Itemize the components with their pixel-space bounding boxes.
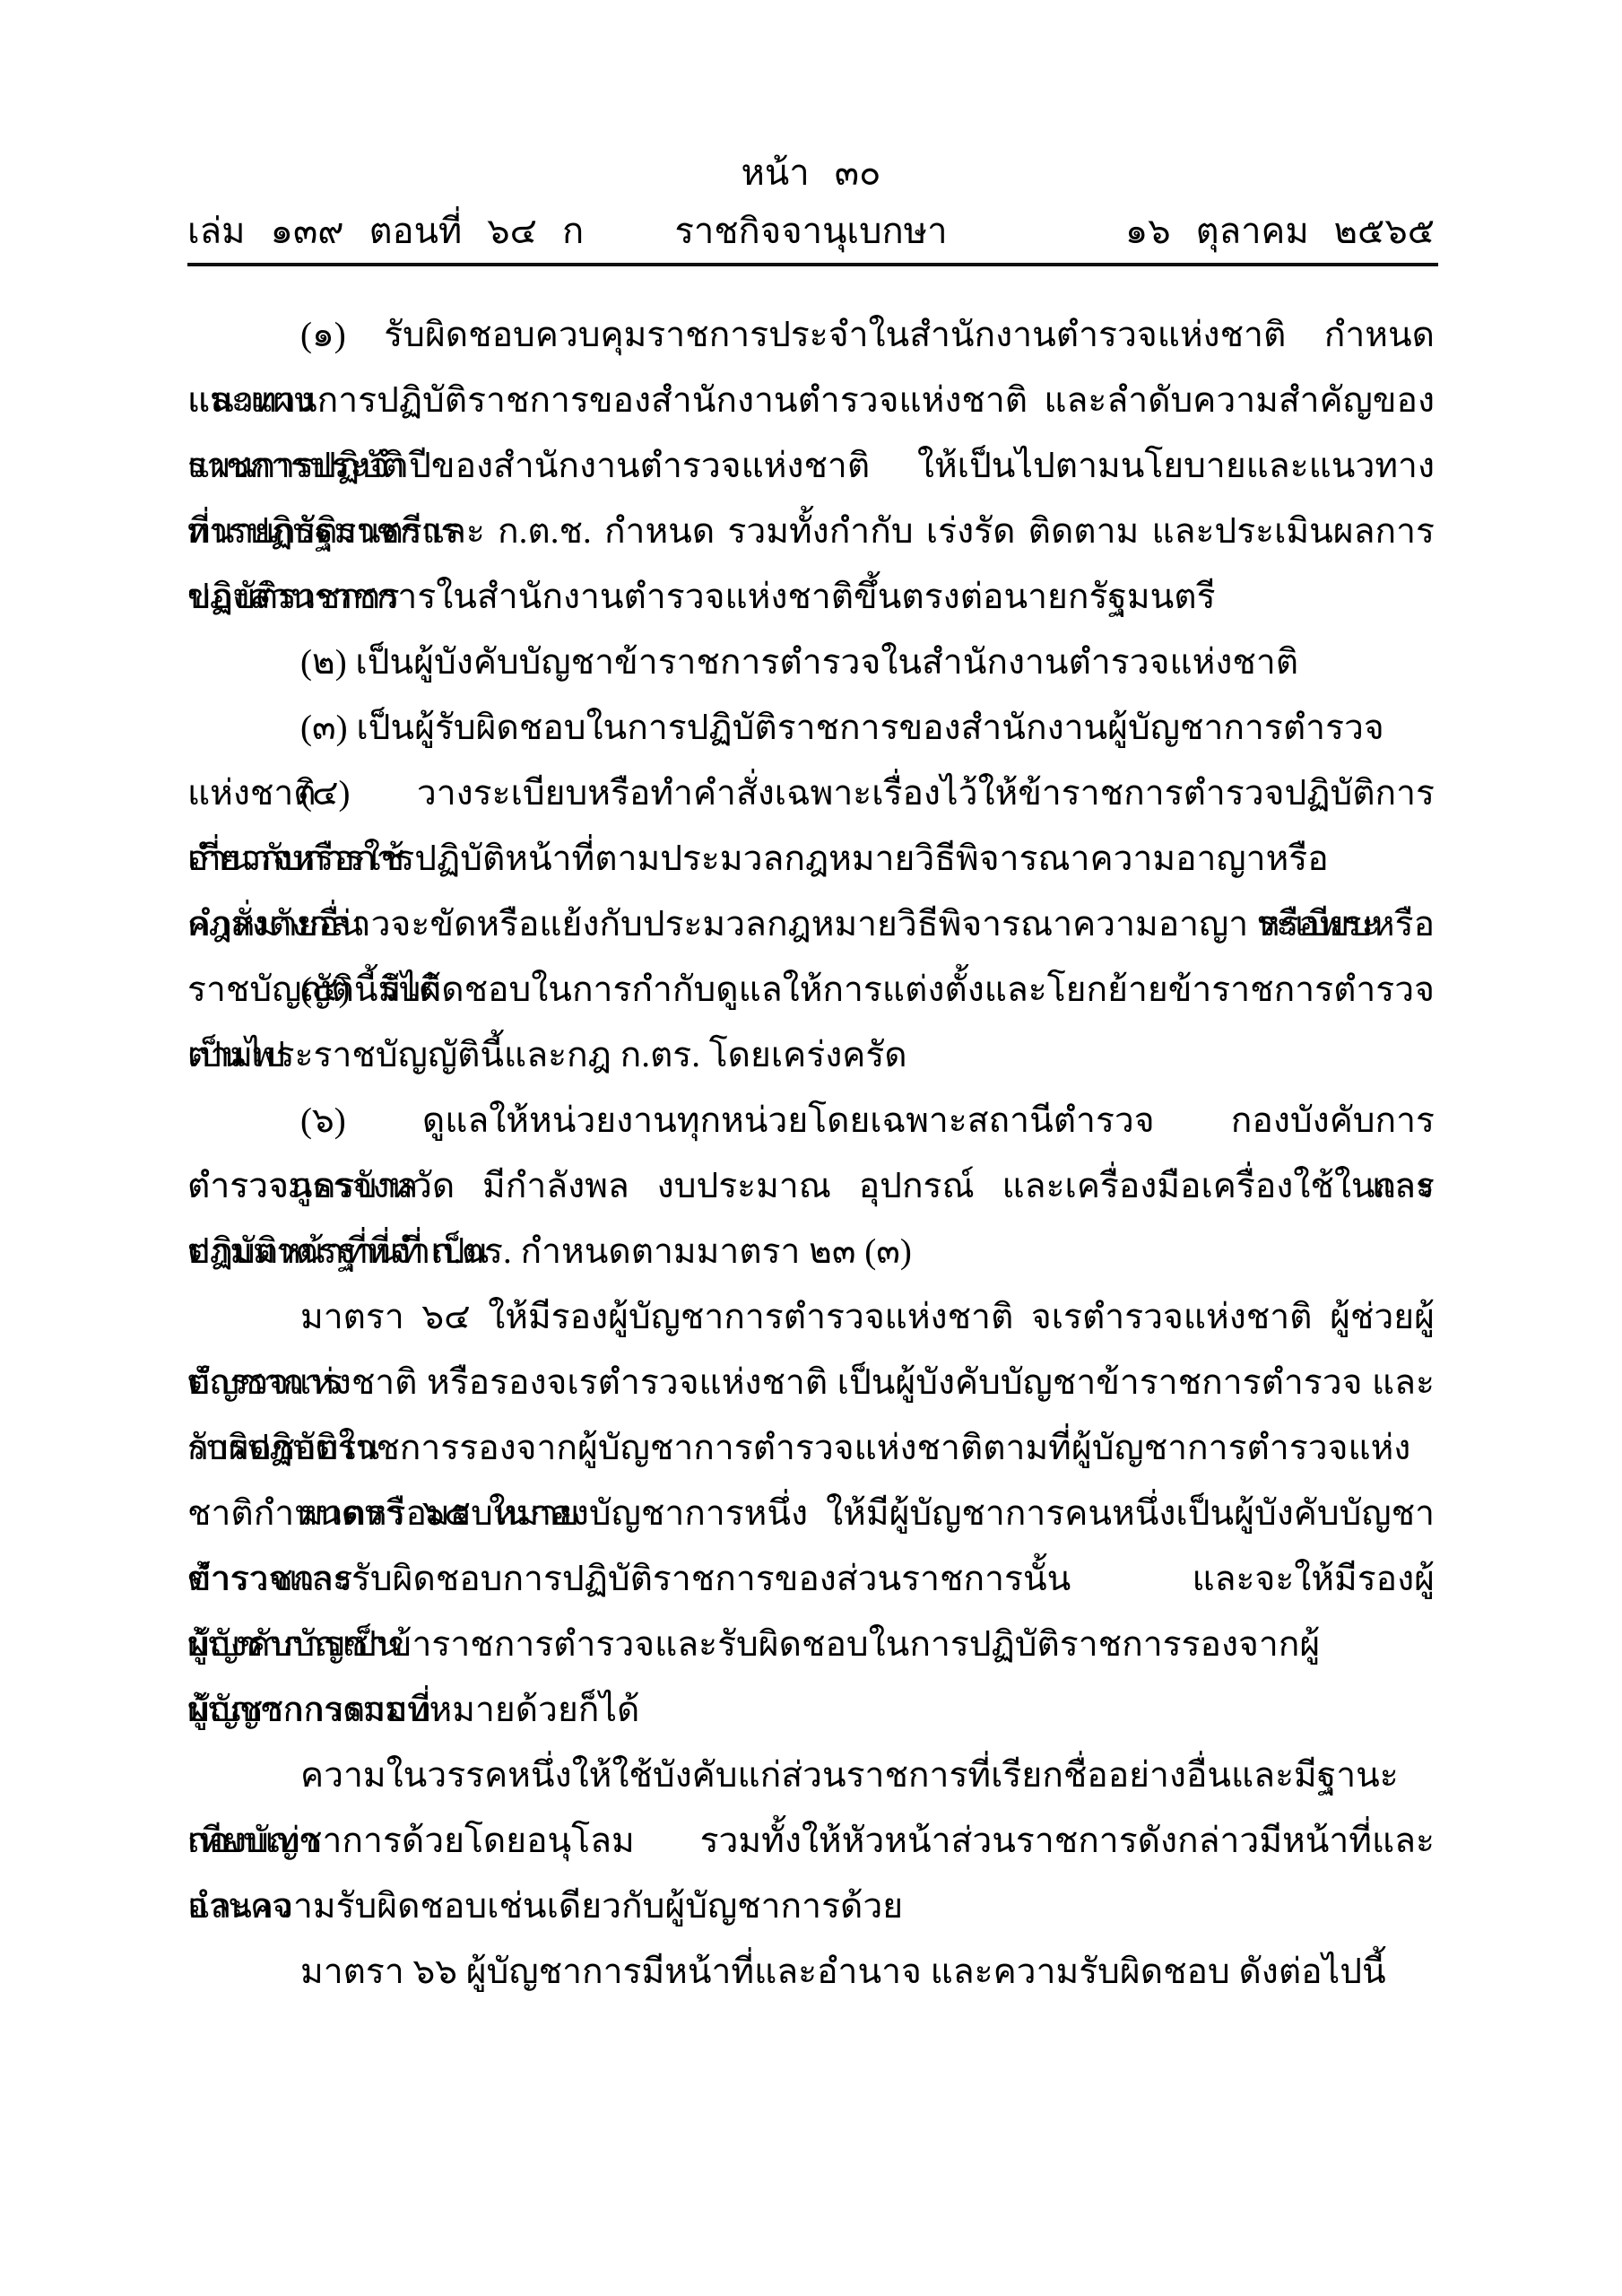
body-line: (๔) วางระเบียบหรือทำคำสั่งเฉพาะเรื่องไว้… — [187, 761, 1435, 826]
body-line: ของส่วนราชการในสำนักงานตำรวจแห่งชาติขึ้น… — [187, 564, 1435, 630]
body-line: ความในวรรคหนึ่งให้ใช้บังคับแก่ส่วนราชการ… — [187, 1743, 1435, 1808]
body-line: (๖) ดูแลให้หน่วยงานทุกหน่วยโดยเฉพาะสถานี… — [187, 1088, 1435, 1153]
body-line: อำนาจหรือการปฏิบัติหน้าที่ตามประมวลกฎหมา… — [187, 826, 1435, 891]
body-line: ตามมาตรฐานที่ ก.ตร. กำหนดตามมาตรา ๒๓ (๓) — [187, 1219, 1435, 1284]
body-line: (๕) รับผิดชอบในการกำกับดูแลให้การแต่งตั้… — [187, 957, 1435, 1022]
publication-date: ๑๖ ตุลาคม ๒๕๖๕ — [1125, 208, 1435, 255]
body-line: (๑) รับผิดชอบควบคุมราชการประจำในสำนักงาน… — [187, 302, 1435, 368]
body-line: ผู้บังคับบัญชาข้าราชการตำรวจและรับผิดชอบ… — [187, 1612, 1435, 1677]
body-line: มาตรา ๖๔ ให้มีรองผู้บัญชาการตำรวจแห่งชาต… — [187, 1284, 1435, 1350]
page-number-label: หน้า ๓๐ — [187, 151, 1435, 196]
body-text: (๑) รับผิดชอบควบคุมราชการประจำในสำนักงาน… — [187, 302, 1435, 2005]
body-line: (๓) เป็นผู้รับผิดชอบในการปฏิบัติราชการขอ… — [187, 695, 1435, 761]
body-line: มาตรา ๖๖ ผู้บัญชาการมีหน้าที่และอำนาจ แล… — [187, 1939, 1435, 2005]
body-line: ตามพระราชบัญญัตินี้และกฎ ก.ตร. โดยเคร่งค… — [187, 1022, 1435, 1088]
document-page: หน้า ๓๐ เล่ม ๑๓๙ ตอนที่ ๖๔ ก ราชกิจจานุเ… — [0, 0, 1622, 2296]
body-line: และแผนการปฏิบัติราชการของสำนักงานตำรวจแห… — [187, 368, 1435, 433]
body-line: ราชการประจำปีของสำนักงานตำรวจแห่งชาติ ให… — [187, 433, 1435, 499]
body-line: มาตรา ๖๕ ในกองบัญชาการหนึ่ง ให้มีผู้บัญช… — [187, 1481, 1435, 1546]
body-line: (๒) เป็นผู้บังคับบัญชาข้าราชการตำรวจในสำ… — [187, 630, 1435, 695]
header-rule — [187, 263, 1438, 266]
body-line: ตำรวจแห่งชาติ หรือรองจเรตำรวจแห่งชาติ เป… — [187, 1350, 1435, 1415]
body-line: ตำรวจและรับผิดชอบการปฏิบัติราชการของส่วน… — [187, 1546, 1435, 1612]
body-line: คำสั่งดังกล่าวจะขัดหรือแย้งกับประมวลกฎหม… — [187, 891, 1435, 957]
body-line: ผู้บัญชาการมอบหมายด้วยก็ได้ — [187, 1677, 1435, 1743]
body-line: กองบัญชาการด้วยโดยอนุโลม รวมทั้งให้หัวหน… — [187, 1808, 1435, 1874]
masthead: เล่ม ๑๓๙ ตอนที่ ๖๔ ก ราชกิจจานุเบกษา ๑๖ … — [187, 208, 1435, 258]
body-line: การปฏิบัติราชการรองจากผู้บัญชาการตำรวจแห… — [187, 1415, 1435, 1481]
body-line: และความรับผิดชอบเช่นเดียวกับผู้บัญชาการด… — [187, 1874, 1435, 1939]
body-line: ตำรวจภูธรจังหวัด มีกำลังพล งบประมาณ อุปก… — [187, 1153, 1435, 1219]
body-line: ที่นายกรัฐมนตรีและ ก.ต.ช. กำหนด รวมทั้งก… — [187, 499, 1435, 564]
